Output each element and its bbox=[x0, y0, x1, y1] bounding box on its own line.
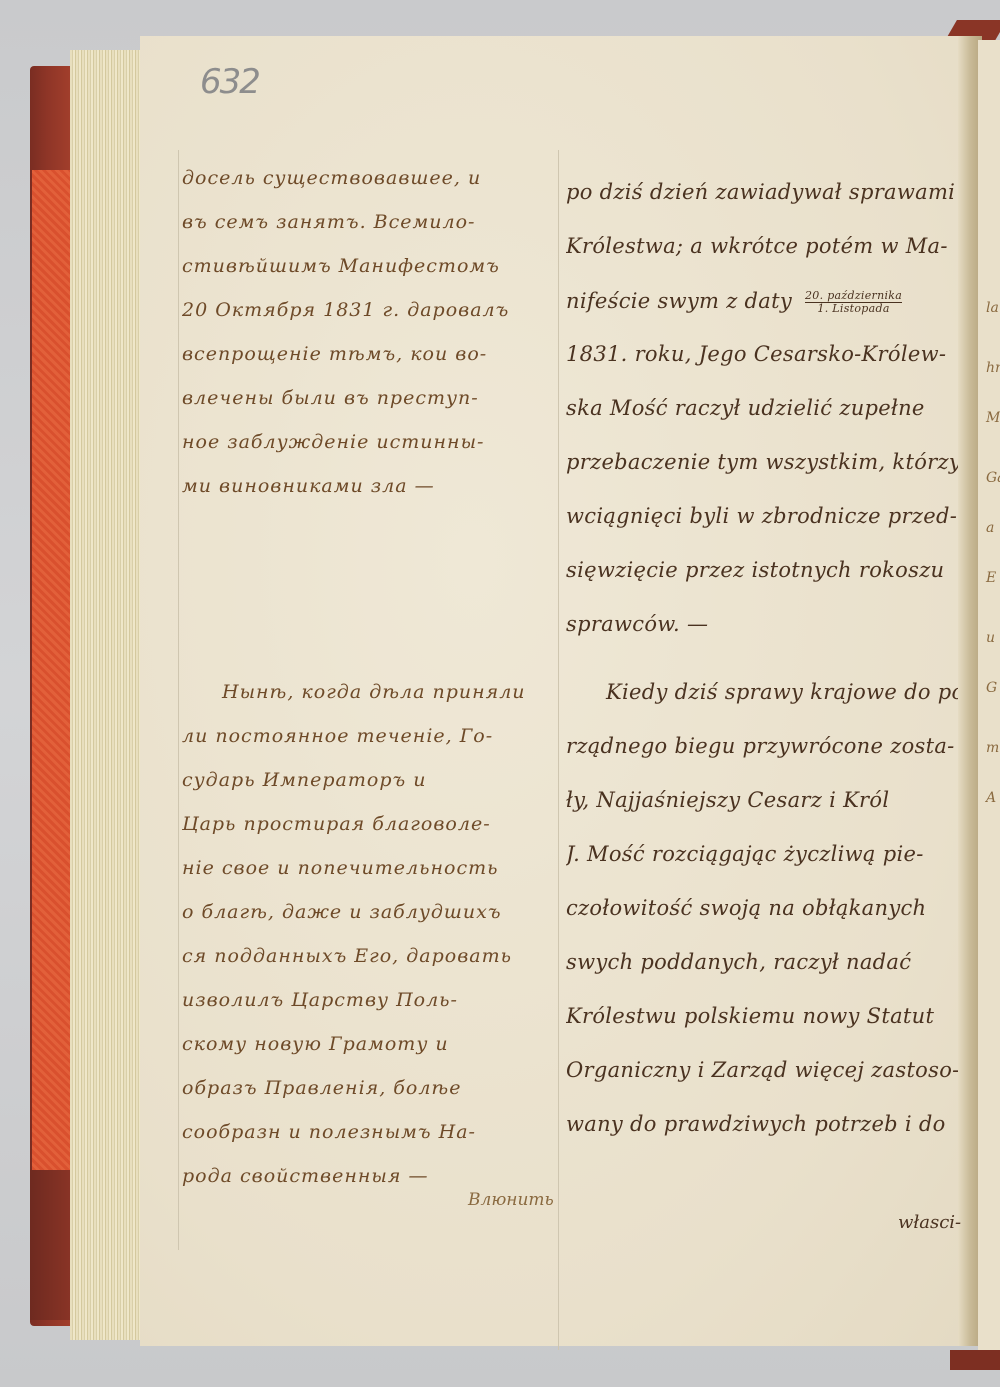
facing-page-fragment: m bbox=[986, 740, 999, 756]
text-line: swych poddanych, raczył nadać bbox=[566, 952, 958, 1006]
margin-rule-left bbox=[178, 150, 179, 1250]
text-line: о благѣ, даже и заблудшихъ bbox=[182, 902, 550, 946]
facing-page-fragment: A bbox=[986, 790, 996, 806]
text-line: przebaczenie tym wszystkim, którzy bbox=[566, 452, 958, 506]
text-line: сударь Императоръ и bbox=[182, 770, 550, 814]
catchword-polish: własci- bbox=[898, 1212, 961, 1233]
text-line: Нынѣ, когда дѣла приняли bbox=[182, 682, 550, 726]
facing-page-fragment: G bbox=[986, 680, 997, 696]
text-line: влечены были въ преступ- bbox=[182, 388, 550, 432]
facing-page-fragment: E bbox=[986, 570, 996, 586]
text-line: ми виновниками зла — bbox=[182, 476, 550, 520]
text-fragment: nifeście swym z daty bbox=[566, 290, 792, 313]
facing-page-fragment: la bbox=[986, 300, 999, 316]
catchword-russian: Влюнить bbox=[468, 1190, 554, 1210]
text-line: досель существовавшее, и bbox=[182, 168, 550, 212]
column-divider-rule bbox=[558, 150, 559, 1350]
text-line: Królestwu polskiemu nowy Statut bbox=[566, 1006, 958, 1060]
text-line: sięwzięcie przez istotnych rokoszu bbox=[566, 560, 958, 614]
text-line: ное заблужденіе истинны- bbox=[182, 432, 550, 476]
date-denominator: 1. Listopada bbox=[817, 302, 889, 315]
text-line: изволилъ Царству Поль- bbox=[182, 990, 550, 1034]
facing-page-fragment: Ga bbox=[986, 470, 1000, 486]
text-line: скому новую Грамоту и bbox=[182, 1034, 550, 1078]
text-line: ły, Najjaśniejszy Cesarz i Król bbox=[566, 790, 958, 844]
text-line: всепрощеніе тѣмъ, кои во- bbox=[182, 344, 550, 388]
date-fraction: 20. października 1. Listopada bbox=[805, 290, 902, 315]
book-cover-marbled-edge bbox=[32, 170, 70, 1170]
text-line: Organiczny i Zarząd więcej zastoso- bbox=[566, 1060, 958, 1114]
text-line: J. Mość rozciągając życzliwą pie- bbox=[566, 844, 958, 898]
text-line: Царь простирая благоволе- bbox=[182, 814, 550, 858]
text-line: 20 Октября 1831 г. даровалъ bbox=[182, 300, 550, 344]
text-line: 1831. roku, Jego Cesarsko-Królew- bbox=[566, 344, 958, 398]
page-number: 632 bbox=[200, 62, 259, 102]
text-line: ніе свое и попечительность bbox=[182, 858, 550, 902]
text-line: wciągnięci byli w zbrodnicze przed- bbox=[566, 506, 958, 560]
text-line: Kiedy dziś sprawy krajowe do po- bbox=[566, 682, 958, 736]
text-line: wany do prawdziwych potrzeb i do bbox=[566, 1114, 958, 1168]
facing-page-fragment: hr bbox=[986, 360, 1000, 376]
facing-cover-bottom bbox=[950, 1350, 1000, 1370]
polish-column: po dziś dzień zawiadywał sprawami Króles… bbox=[566, 182, 958, 1168]
page-block-edges bbox=[70, 50, 145, 1340]
facing-page-fragment: M bbox=[986, 410, 1000, 426]
book-cover-corner bbox=[30, 1170, 72, 1320]
text-line: образъ Правленія, болѣе bbox=[182, 1078, 550, 1122]
text-line: nifeście swym z daty 20. października 1.… bbox=[566, 290, 958, 344]
text-line: sprawców. — bbox=[566, 614, 958, 668]
facing-page-fragment: a bbox=[986, 520, 994, 536]
text-line: ska Mość raczył udzielić zupełne bbox=[566, 398, 958, 452]
text-line: ся подданныхъ Его, даровать bbox=[182, 946, 550, 990]
text-line: стивѣйшимъ Манифестомъ bbox=[182, 256, 550, 300]
text-line: rządnego biegu przywrócone zosta- bbox=[566, 736, 958, 790]
text-line: Królestwa; a wkrótce potém w Ma- bbox=[566, 236, 958, 290]
text-line: czołowitość swoją na obłąkanych bbox=[566, 898, 958, 952]
text-line: въ семъ занятъ. Всемило- bbox=[182, 212, 550, 256]
russian-column: досель существовавшее, и въ семъ занятъ.… bbox=[182, 168, 550, 1210]
text-line: ли постоянное теченіе, Го- bbox=[182, 726, 550, 770]
text-line: сообразн и полезнымъ На- bbox=[182, 1122, 550, 1166]
text-line: po dziś dzień zawiadywał sprawami bbox=[566, 182, 958, 236]
facing-page-fragment: u bbox=[986, 630, 995, 646]
